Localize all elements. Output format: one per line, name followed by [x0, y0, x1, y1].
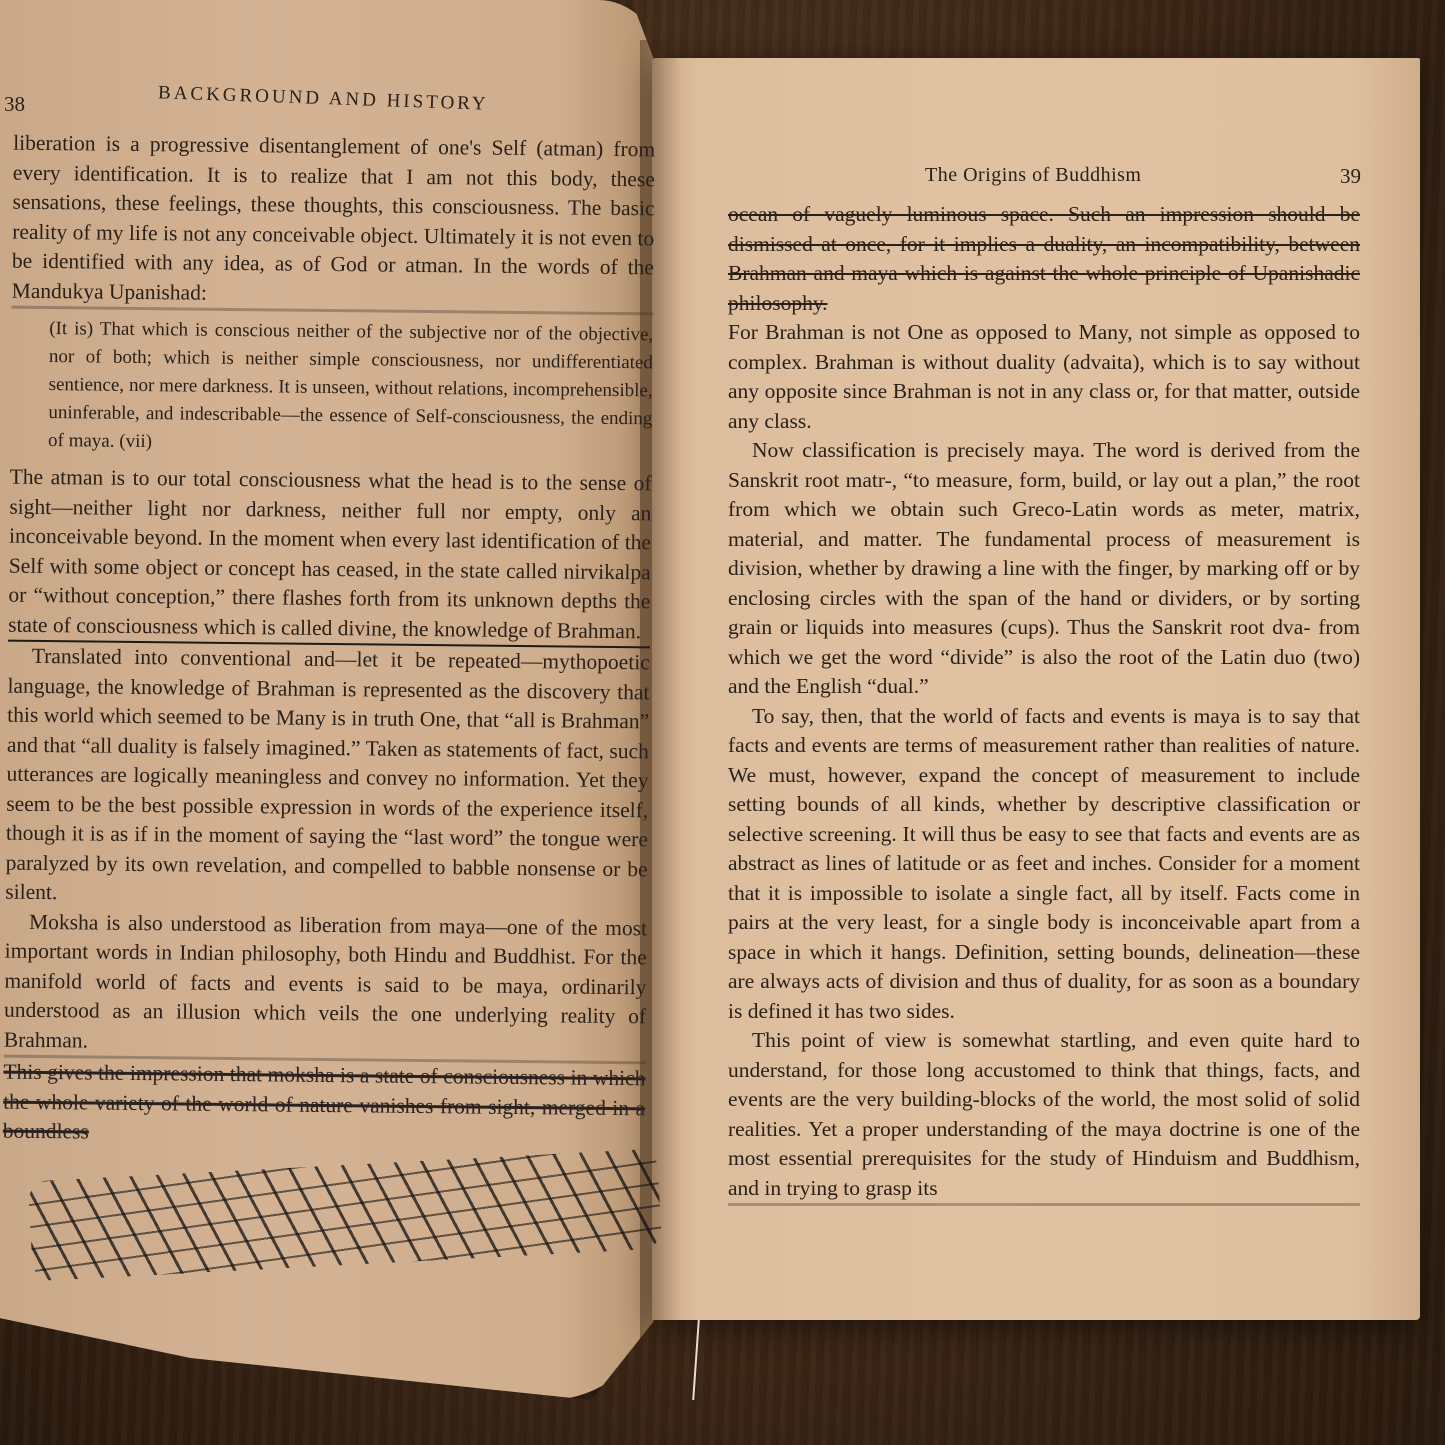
left-page-text: liberation is a progressive disentanglem… — [3, 129, 656, 1153]
paragraph-brahman: For Brahman is not One as opposed to Man… — [728, 318, 1360, 436]
right-page-number: 39 — [1340, 164, 1361, 189]
struck-through-text: ocean of vaguely luminous space. Such an… — [728, 200, 1360, 318]
paragraph-translated: Translated into conventional and—let it … — [5, 642, 650, 914]
left-page-number: 38 — [4, 92, 25, 117]
paragraph-liberation: liberation is a progressive disentanglem… — [11, 129, 655, 316]
paragraph-atman: The atman is to our total consciousness … — [8, 463, 652, 649]
mandukya-quote: (It is) That which is conscious neither … — [10, 315, 653, 462]
right-page-text: ocean of vaguely luminous space. Such an… — [728, 200, 1360, 1206]
right-running-head: The Origins of Buddhism — [925, 164, 1142, 187]
paragraph-startling: This point of view is somewhat startling… — [728, 1026, 1360, 1206]
paragraph-measurement: To say, then, that the world of facts an… — [728, 702, 1360, 1027]
scribbled-out-text: This gives the impression that moksha is… — [3, 1058, 646, 1153]
paragraph-classification: Now classification is precisely maya. Th… — [728, 436, 1360, 702]
paragraph-moksha: Moksha is also understood as liberation … — [4, 907, 648, 1064]
